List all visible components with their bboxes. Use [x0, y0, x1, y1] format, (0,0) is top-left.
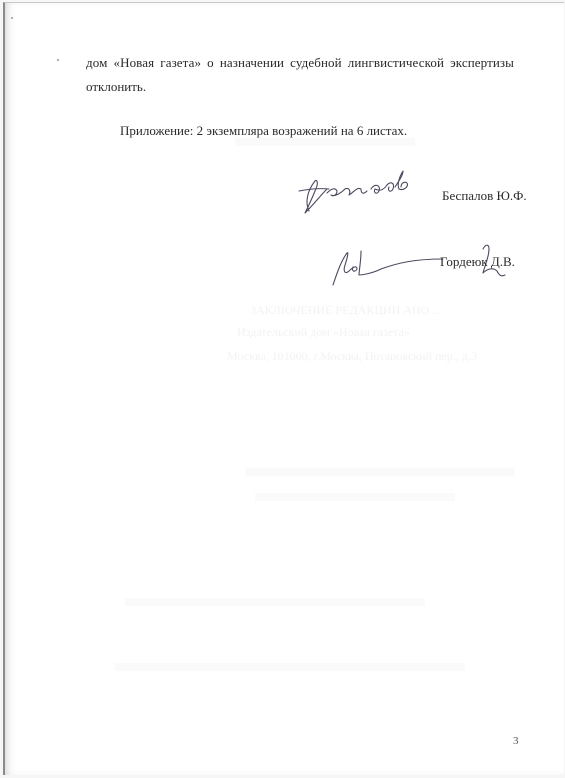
signatory-name: Гордеюк Д.В.	[440, 254, 515, 270]
bleed-through-text: ЗАКЛЮЧЕНИЕ РЕДАКЦИИ АНО ...	[250, 303, 441, 318]
bleed-through-text: Издательский дом «Новая газета»	[237, 325, 410, 340]
bleed-through-mark	[235, 138, 415, 146]
bleed-through-mark	[245, 468, 515, 476]
scan-speck	[11, 17, 13, 19]
scan-speck	[57, 59, 59, 61]
signatory-name: Беспалов Ю.Ф.	[442, 188, 527, 204]
body-text-line: отклонить.	[86, 79, 146, 95]
appendix-note: Приложение: 2 экземпляра возражений на 6…	[120, 123, 407, 139]
page-number: 3	[513, 735, 519, 747]
body-text-line: дом «Новая газета» о назначении судебной…	[86, 55, 514, 71]
bleed-through-text: Москва, 101000, г.Москва, Потаповский пе…	[227, 349, 477, 364]
bleed-through-mark	[115, 663, 465, 671]
document-page: ЗАКЛЮЧЕНИЕ РЕДАКЦИИ АНО ... Издательский…	[3, 2, 564, 775]
bleed-through-mark	[255, 493, 455, 501]
signature-bespalov	[295, 167, 435, 219]
bleed-through-mark	[125, 598, 425, 606]
